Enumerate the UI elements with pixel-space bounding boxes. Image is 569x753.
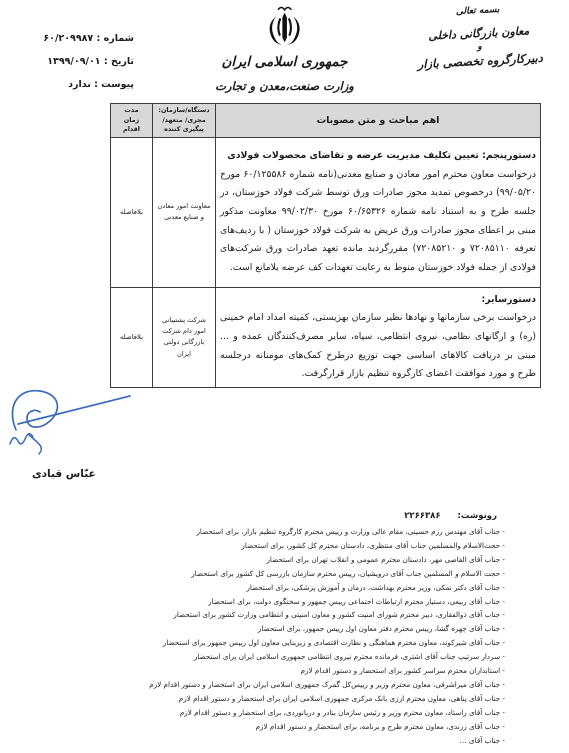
resolution-body: درخواست برخی سازمانها و نهادها نظیر سازم… xyxy=(220,309,536,383)
cc-recipient-line: - جناب آقای زرندی، معاون محترم طرح و برن… xyxy=(10,720,505,734)
cc-recipient-line: - جناب آقای ربیعی، دستیار محترم ارتباطات… xyxy=(10,595,505,609)
table-header-row: اهم مباحث و متن مصوبات دستگاه/سازمان: مج… xyxy=(111,104,541,138)
cc-number: ۲۲۶۶۳۸۶ xyxy=(404,511,440,521)
resolution-title: دستورپنجم: تعیین تکلیف مدیریت عرضه و تقا… xyxy=(220,147,536,166)
letter-attachment: پیوست : ندارد xyxy=(14,79,134,90)
cc-recipient-list: - جناب آقای مهندس رزم حسینی، مقام عالی و… xyxy=(10,525,505,748)
resolution-cell-steel: دستورپنجم: تعیین تکلیف مدیریت عرضه و تقا… xyxy=(216,137,541,287)
letter-date-value: ۱۳۹۹/۰۹/۰۱ xyxy=(47,56,100,67)
column-header-organization: دستگاه/سازمان: مجری/ متعهد/ پیگیری کننده xyxy=(153,104,216,138)
letter-date-label: تاریخ : xyxy=(104,56,134,67)
header-right-block: بسمه تعالی معاون بازرگانی داخلی و دبیرکا… xyxy=(397,2,560,72)
cc-recipient-line: - جناب آقای … xyxy=(10,734,505,748)
cc-recipient-line: - جناب آقای میراشرفی، معاون محترم وزیر و… xyxy=(10,678,505,692)
bismillah-text: بسمه تعالی xyxy=(397,2,557,20)
cc-recipient-line: - جناب آقای دکتر نمکی، وزیر محترم بهداشت… xyxy=(10,581,505,595)
action-duration-cell: بلافاصله xyxy=(111,287,153,387)
country-title: جمهوری اسلامی ایران xyxy=(215,54,354,70)
column-header-topics: اهم مباحث و متن مصوبات xyxy=(216,104,541,138)
letter-meta-block: شماره : ۶۰/۲۰۹۹۸۷ تاریخ : ۱۳۹۹/۰۹/۰۱ پیو… xyxy=(14,33,134,102)
table-row: دستورسایر: درخواست برخی سازمانها و نهاده… xyxy=(111,287,541,387)
signatory-name: عبّاس قبادی xyxy=(32,468,96,480)
letter-date: تاریخ : ۱۳۹۹/۰۹/۰۱ xyxy=(14,56,134,67)
responsible-organization-cell: شرکت پشتیبانی امور دام شرکت بازرگانی دول… xyxy=(153,287,216,387)
header-center-block: جمهوری اسلامی ایران وزارت صنعت،معدن و تج… xyxy=(215,4,354,93)
responsible-organization-cell: معاونت امور معادن و صنایع معدنی xyxy=(153,137,216,287)
table-row: دستورپنجم: تعیین تکلیف مدیریت عرضه و تقا… xyxy=(111,137,541,287)
letter-number-value: ۶۰/۲۰۹۹۸۷ xyxy=(43,33,93,44)
letter-number-label: شماره : xyxy=(97,33,134,44)
cc-recipient-line: - جناب آقای پناهی، معاون محترم ارزی بانک… xyxy=(10,692,505,706)
column-header-duration: مدت زمان اقدام xyxy=(111,104,153,138)
cc-heading: رونوشت: ۲۲۶۶۳۸۶ xyxy=(404,511,497,521)
action-duration-cell: بلافاصله xyxy=(111,137,153,287)
cc-recipient-line: - جناب آقای ذوالفقاری، دبیر محترم شورای … xyxy=(10,608,505,622)
signature-scrawl-icon xyxy=(2,384,152,472)
cc-recipient-line: - جناب آقای راستاد، معاون محترم وزیر و ر… xyxy=(10,706,505,720)
cc-recipient-line: - استانداران محترم سراسر کشور برای استحض… xyxy=(10,664,505,678)
letter-attachment-value: ندارد xyxy=(68,79,91,90)
resolutions-table: اهم مباحث و متن مصوبات دستگاه/سازمان: مج… xyxy=(110,103,541,388)
official-letter-page: بسمه تعالی معاون بازرگانی داخلی و دبیرکا… xyxy=(0,0,569,753)
cc-recipient-line: - جناب آقای چهره گشا، رییس محترم دفتر مع… xyxy=(10,622,505,636)
cc-recipient-line: - جناب آقای القاصی مهر، دادستان محترم عم… xyxy=(10,553,505,567)
ministry-title: وزارت صنعت،معدن و تجارت xyxy=(215,79,354,93)
cc-recipient-line: - جناب آقای شیرکوند، معاون محترم هماهنگی… xyxy=(10,636,505,650)
cc-recipient-line: - جناب آقای مهندس رزم حسینی، مقام عالی و… xyxy=(10,525,505,539)
cc-recipient-line: - حجت الاسلام و المسلمین جناب آقای درویش… xyxy=(10,567,505,581)
iran-emblem-icon xyxy=(264,4,306,52)
resolution-body: درخواست معاون محترم امور معادن و صنایع م… xyxy=(220,166,536,278)
letter-attachment-label: پیوست : xyxy=(94,79,134,90)
cc-recipient-line: - حجت‌الاسلام والمسلمین جناب آقای منتظری… xyxy=(10,539,505,553)
cc-recipient-line: - سردار سرتیپ جناب آقای اشتری، فرمانده م… xyxy=(10,650,505,664)
cc-label: رونوشت: xyxy=(458,511,497,521)
resolution-title: دستورسایر: xyxy=(220,291,536,310)
resolution-cell-other: دستورسایر: درخواست برخی سازمانها و نهاده… xyxy=(216,287,541,387)
letter-number: شماره : ۶۰/۲۰۹۹۸۷ xyxy=(14,33,134,44)
